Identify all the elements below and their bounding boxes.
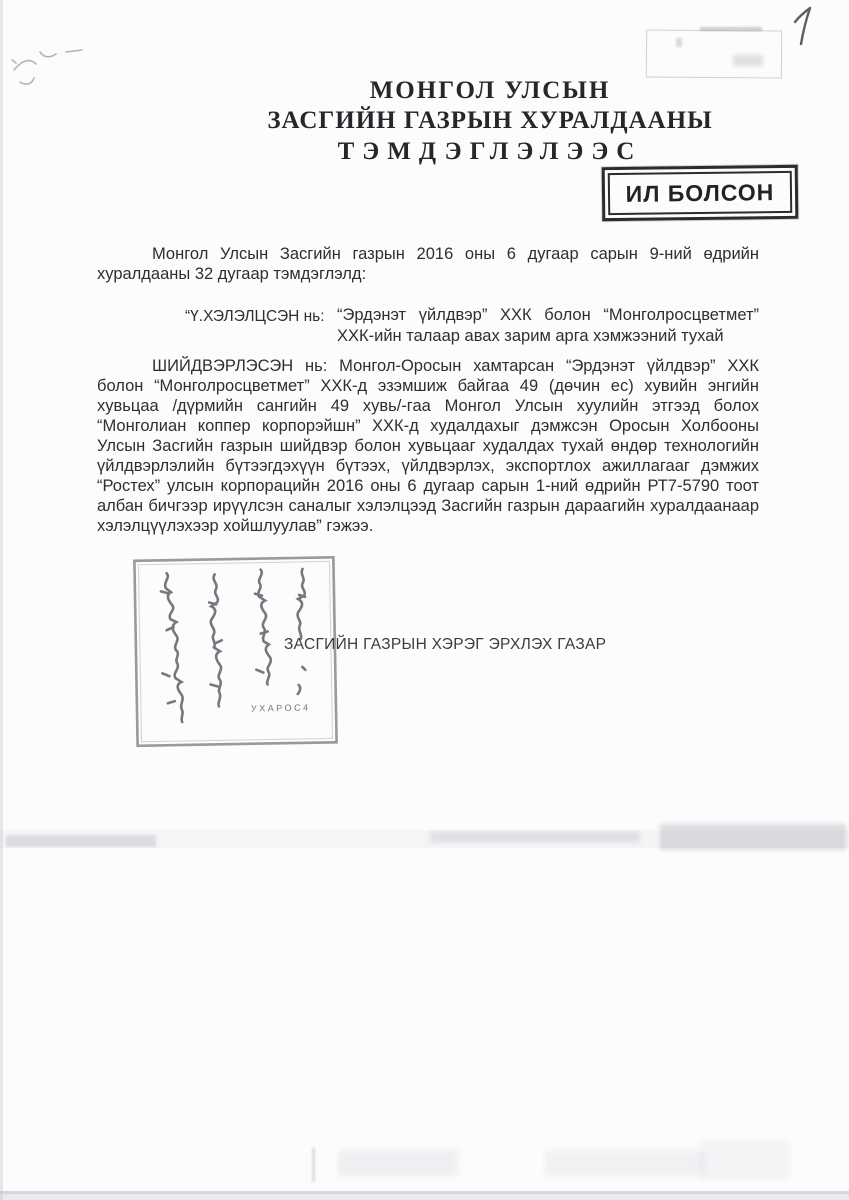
scan-artifact [338, 1150, 458, 1176]
resolution-paragraph: ШИЙДВЭРЛЭСЭН нь: Монгол-Оросын хамтарсан… [97, 356, 759, 536]
discussed-label: “Ү.ХЭЛЭЛЦСЭН нь: [185, 307, 325, 327]
handwritten-page-number [780, 2, 824, 50]
discussed-text: “Эрдэнэт үйлдвэр” ХХК болон “Монголросцв… [337, 305, 759, 347]
title-line-1: МОНГОЛ УЛСЫН [160, 76, 820, 106]
faded-stamp-box [646, 30, 782, 79]
scan-artifact [700, 27, 762, 31]
seal-caption: УХАРОС4 [251, 702, 311, 713]
scan-artifact [733, 55, 763, 66]
declassified-stamp: ИЛ БОЛСОН [602, 165, 799, 221]
title-line-2: ЗАСГИЙН ГАЗРЫН ХУРАЛДААНЫ [160, 106, 820, 136]
scan-edge [0, 1194, 849, 1200]
scanned-document-page: 1 МОНГОЛ УЛСЫН ЗАСГИЙН ГАЗРЫН ХУРАЛДААНЫ… [0, 0, 849, 1200]
scan-artifact [545, 1150, 705, 1176]
scan-edge [0, 0, 3, 1200]
pencil-scribble-mark [4, 30, 114, 100]
intro-paragraph: Монгол Улсын Засгийн газрын 2016 оны 6 д… [97, 244, 759, 284]
scan-artifact [700, 1140, 790, 1180]
scan-artifact [6, 835, 156, 847]
scan-artifact [676, 38, 682, 47]
issuer-name: ЗАСГИЙН ГАЗРЫН ХЭРЭГ ЭРХЛЭХ ГАЗАР [284, 636, 606, 654]
scan-artifact [312, 1148, 315, 1182]
scan-artifact [660, 824, 846, 850]
document-title: МОНГОЛ УЛСЫН ЗАСГИЙН ГАЗРЫН ХУРАЛДААНЫ Т… [160, 76, 820, 168]
title-line-3: ТЭМДЭГЛЭЛЭЭС [160, 136, 820, 168]
declassified-stamp-label: ИЛ БОЛСОН [608, 171, 792, 215]
scan-artifact [430, 831, 640, 843]
